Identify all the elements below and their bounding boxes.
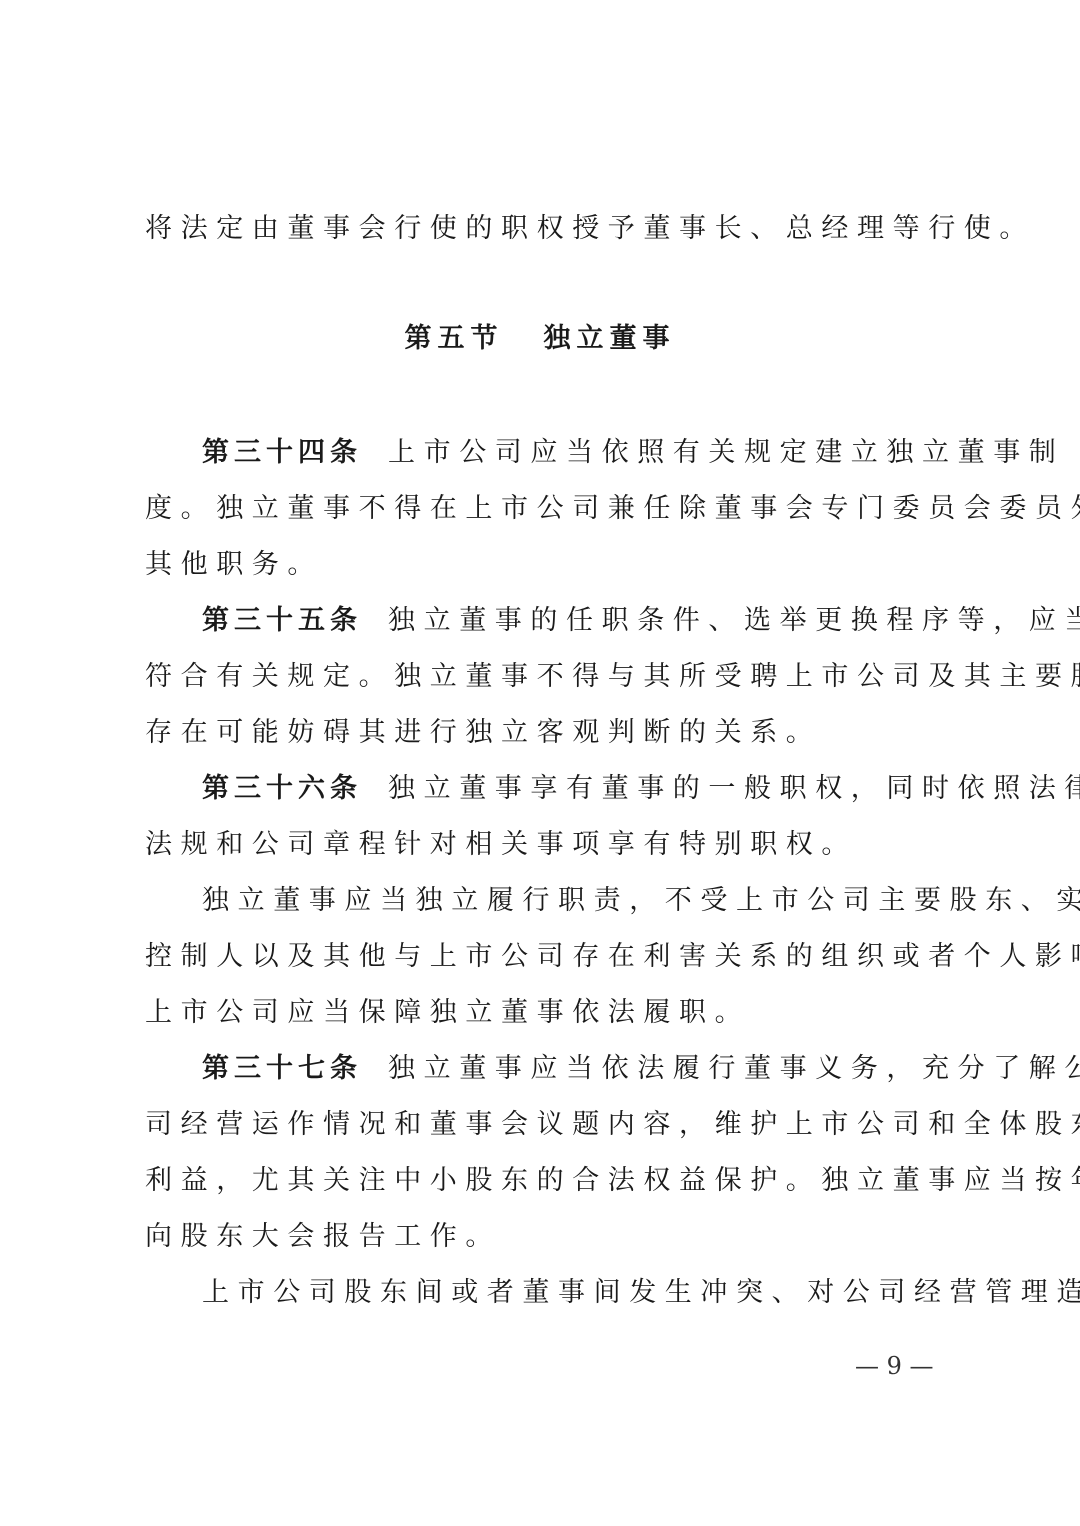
text-line: 利益，尤其关注中小股东的合法权益保护。独立董事应当按年度 [145, 1164, 935, 1198]
document-page: 将法定由董事会行使的职权授予董事长、总经理等行使。 第五节独立董事 第三十四条上… [0, 0, 1080, 1526]
article-label: 第三十四条 [202, 437, 362, 468]
text-line: 符合有关规定。独立董事不得与其所受聘上市公司及其主要股东 [145, 660, 935, 694]
text-line: 司经营运作情况和董事会议题内容，维护上市公司和全体股东的 [145, 1108, 935, 1142]
article-label: 第三十七条 [202, 1053, 362, 1084]
article-label: 第三十五条 [202, 605, 362, 636]
article-34-line-1: 第三十四条上市公司应当依照有关规定建立独立董事制 [202, 436, 992, 470]
text-line: 存在可能妨碍其进行独立客观判断的关系。 [145, 716, 935, 750]
text-line: 度。独立董事不得在上市公司兼任除董事会专门委员会委员外的 [145, 492, 935, 526]
section-title: 第五节独立董事 [0, 322, 1080, 356]
page-number: — 9 — [855, 1352, 934, 1380]
article-36-line-1: 第三十六条独立董事享有董事的一般职权，同时依照法律 [202, 772, 992, 806]
text-line: 法规和公司章程针对相关事项享有特别职权。 [145, 828, 935, 862]
text-span: 独立董事的任职条件、选举更换程序等，应当 [388, 605, 1080, 636]
text-line: 控制人以及其他与上市公司存在利害关系的组织或者个人影响。 [145, 940, 935, 974]
article-label: 第三十六条 [202, 773, 362, 804]
text-span: 独立董事享有董事的一般职权，同时依照法律 [388, 773, 1080, 804]
section-number: 第五节 [405, 323, 504, 354]
text-line: 独立董事应当独立履行职责，不受上市公司主要股东、实际 [202, 884, 992, 918]
text-span: 独立董事应当依法履行董事义务，充分了解公 [388, 1053, 1080, 1084]
text-line: 将法定由董事会行使的职权授予董事长、总经理等行使。 [145, 212, 935, 246]
section-name: 独立董事 [544, 323, 676, 354]
text-span: 上市公司应当依照有关规定建立独立董事制 [388, 437, 1064, 468]
article-35-line-1: 第三十五条独立董事的任职条件、选举更换程序等，应当 [202, 604, 992, 638]
text-line: 其他职务。 [145, 548, 935, 582]
article-37-line-1: 第三十七条独立董事应当依法履行董事义务，充分了解公 [202, 1052, 992, 1086]
text-line: 上市公司股东间或者董事间发生冲突、对公司经营管理造成 [202, 1276, 992, 1310]
text-line: 向股东大会报告工作。 [145, 1220, 935, 1254]
text-line: 上市公司应当保障独立董事依法履职。 [145, 996, 935, 1030]
